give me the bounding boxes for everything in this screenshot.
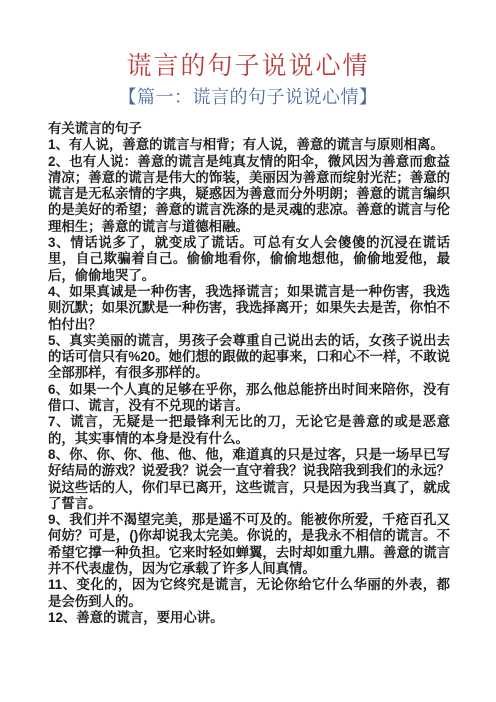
- document-page: 谎言的句子说说心情 【篇一：谎言的句子说说心情】 有关谎言的句子 1、有人说，善…: [0, 0, 496, 702]
- body-paragraph: 7、谎言，无疑是一把最锋利无比的刀，无论它是善意的或是恶意的，其实事情的本身是没…: [48, 414, 450, 447]
- body-intro-line: 有关谎言的句子: [48, 121, 450, 137]
- body-paragraph: 12、善意的谎言，要用心讲。: [48, 610, 450, 626]
- document-body: 有关谎言的句子 1、有人说，善意的谎言与相背；有人说，善意的谎言与原则相离。 2…: [48, 121, 450, 626]
- body-paragraph: 9、我们并不渴望完美，那是遥不可及的。能被你所爱，千疮百孔又何妨？可是，()你却…: [48, 512, 450, 577]
- body-paragraph: 6、如果一个人真的足够在乎你，那么他总能挤出时间来陪你，没有借口、谎言，没有不兑…: [48, 382, 450, 415]
- body-paragraph: 11、变化的，因为它终究是谎言，无论你给它什么华丽的外表，都是会伤到人的。: [48, 577, 450, 610]
- body-paragraph: 1、有人说，善意的谎言与相背；有人说，善意的谎言与原则相离。: [48, 137, 450, 153]
- section-heading: 【篇一：谎言的句子说说心情】: [0, 84, 496, 108]
- body-paragraph: 3、情话说多了，就变成了谎话。可总有女人会傻傻的沉浸在谎话里，自己欺骗着自己。偷…: [48, 235, 450, 284]
- body-paragraph: 2、也有人说：善意的谎言是纯真友情的阳伞，微风因为善意而愈益清凉；善意的谎言是伟…: [48, 154, 450, 235]
- document-title: 谎言的句子说说心情: [0, 0, 496, 84]
- body-paragraph: 4、如果真诚是一种伤害，我选择谎言；如果谎言是一种伤害，我选则沉默；如果沉默是一…: [48, 284, 450, 333]
- body-paragraph: 5、真实美丽的谎言，男孩子会尊重自己说出去的话，女孩子说出去的话可信只有%20。…: [48, 333, 450, 382]
- body-paragraph: 8、你、你、你、他、他、他，难道真的只是过客，只是一场早已写好结局的游戏？说爱我…: [48, 447, 450, 512]
